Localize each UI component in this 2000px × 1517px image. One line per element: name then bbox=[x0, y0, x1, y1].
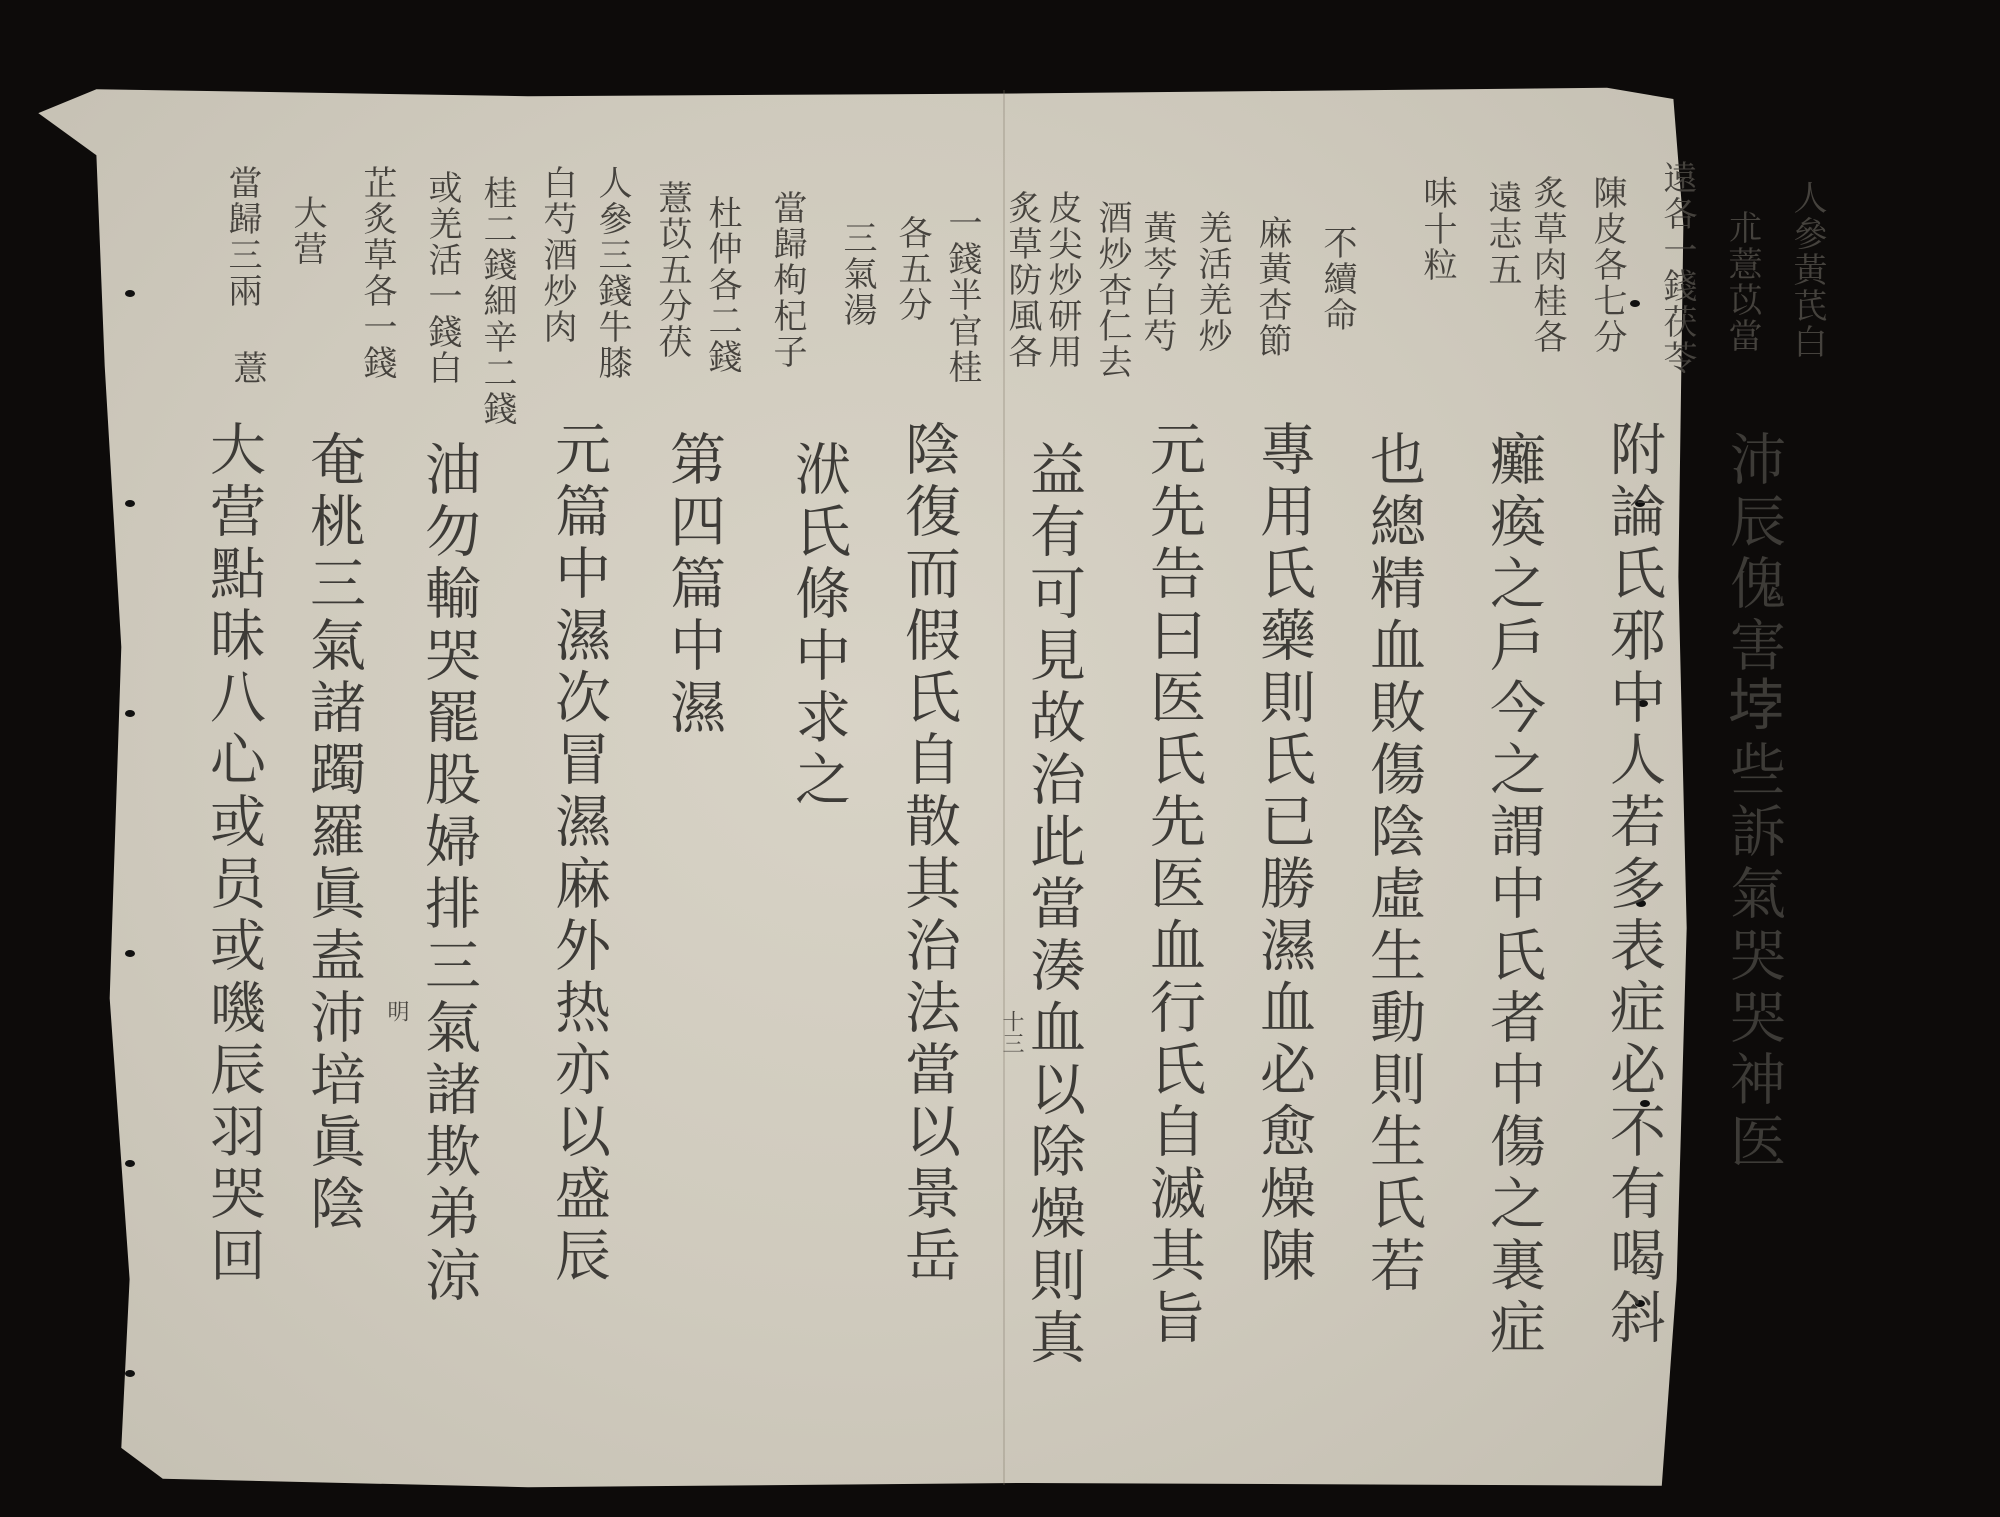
text-column: 陰復而假氏自散其治法當以景岳 bbox=[900, 420, 956, 1288]
side-note: 皮尖炒研用 bbox=[1045, 190, 1079, 370]
text-column: 元篇中濕次冒濕麻外热亦以盛辰 bbox=[550, 420, 606, 1288]
side-note: 麻黃杏節 bbox=[1255, 215, 1289, 359]
binding-hole-icon bbox=[125, 500, 135, 507]
prescription-note: 遠志五 bbox=[1485, 180, 1519, 288]
side-note: 桂二錢細辛二錢 bbox=[480, 175, 514, 427]
margin-note: 明 bbox=[385, 1000, 407, 1022]
side-note: 當歸三兩 bbox=[225, 165, 259, 309]
side-note: 大营 bbox=[290, 195, 324, 267]
binding-hole-icon bbox=[125, 950, 135, 957]
text-column: 洑氏條中求之 bbox=[790, 440, 846, 812]
binding-hole-icon bbox=[125, 710, 135, 717]
side-note: 杜仲各二錢 bbox=[705, 195, 739, 375]
text-column: 第四篇中濕 bbox=[665, 430, 721, 740]
text-column: 奄桃三氣諸躅羅眞盍沛培眞陰 bbox=[305, 430, 361, 1236]
text-column: 油勿輸哭罷股婦排三氣諸欺弟涼 bbox=[420, 440, 476, 1308]
prescription-note: 炙草肉桂各 bbox=[1530, 175, 1564, 355]
side-note: 三氣湯 bbox=[840, 220, 874, 328]
side-note: 薏 bbox=[230, 350, 264, 386]
text-column: 益有可見故治此當湊血以除燥則真 bbox=[1025, 440, 1081, 1370]
side-note: 白芍酒炒肉 bbox=[540, 165, 574, 345]
binding-hole-icon bbox=[1630, 300, 1640, 307]
side-note: 羌活羌炒 bbox=[1195, 210, 1229, 354]
side-note: 當歸枸杞子 bbox=[770, 190, 804, 370]
side-note: 酒炒杏仁去 bbox=[1095, 200, 1129, 380]
side-note: 或羌活一錢白 bbox=[425, 170, 459, 386]
text-column: 沛辰傀害𡋯些訴氣哭哭神医 bbox=[1725, 430, 1781, 1174]
text-column: 癱瘓之戶今之謂中氏者中傷之裏症 bbox=[1485, 430, 1541, 1360]
side-note: 不續命 bbox=[1320, 225, 1354, 333]
prescription-note: 朮薏苡當 bbox=[1725, 210, 1759, 354]
text-column: 也總精血敗傷陰虛生動則生氏若 bbox=[1365, 430, 1421, 1298]
text-column: 附論氏邪中人若多表症必不有喝斜 bbox=[1605, 420, 1661, 1350]
prescription-note: 陳皮各七分 bbox=[1590, 175, 1624, 355]
side-note: 黃芩白芍 bbox=[1140, 210, 1174, 354]
side-note: 炙草防風各 bbox=[1005, 190, 1039, 370]
binding-hole-icon bbox=[125, 1370, 135, 1377]
prescription-note: 味十粒 bbox=[1420, 175, 1454, 283]
side-note: 各五分 bbox=[895, 215, 929, 323]
text-column: 大营點昧八心或员或嘰辰羽哭回 bbox=[205, 420, 261, 1288]
text-column: 元先告曰医氏先医血行氏自滅其旨 bbox=[1145, 420, 1201, 1350]
binding-hole-icon bbox=[125, 1160, 135, 1167]
text-column: 專用氏藥則氏已勝濕血必愈燥陳 bbox=[1255, 420, 1311, 1288]
side-note: 一錢半官桂 bbox=[945, 205, 979, 385]
page-number: 十三 bbox=[1000, 1010, 1022, 1054]
prescription-note: 人參黃芪白 bbox=[1790, 180, 1824, 360]
binding-hole-icon bbox=[125, 290, 135, 297]
side-note: 薏苡五分茯 bbox=[655, 180, 689, 360]
side-note: 芷炙草各一錢 bbox=[360, 165, 394, 381]
prescription-note: 遠各一錢茯苓 bbox=[1660, 160, 1694, 376]
side-note: 人參三錢牛膝 bbox=[595, 165, 629, 381]
